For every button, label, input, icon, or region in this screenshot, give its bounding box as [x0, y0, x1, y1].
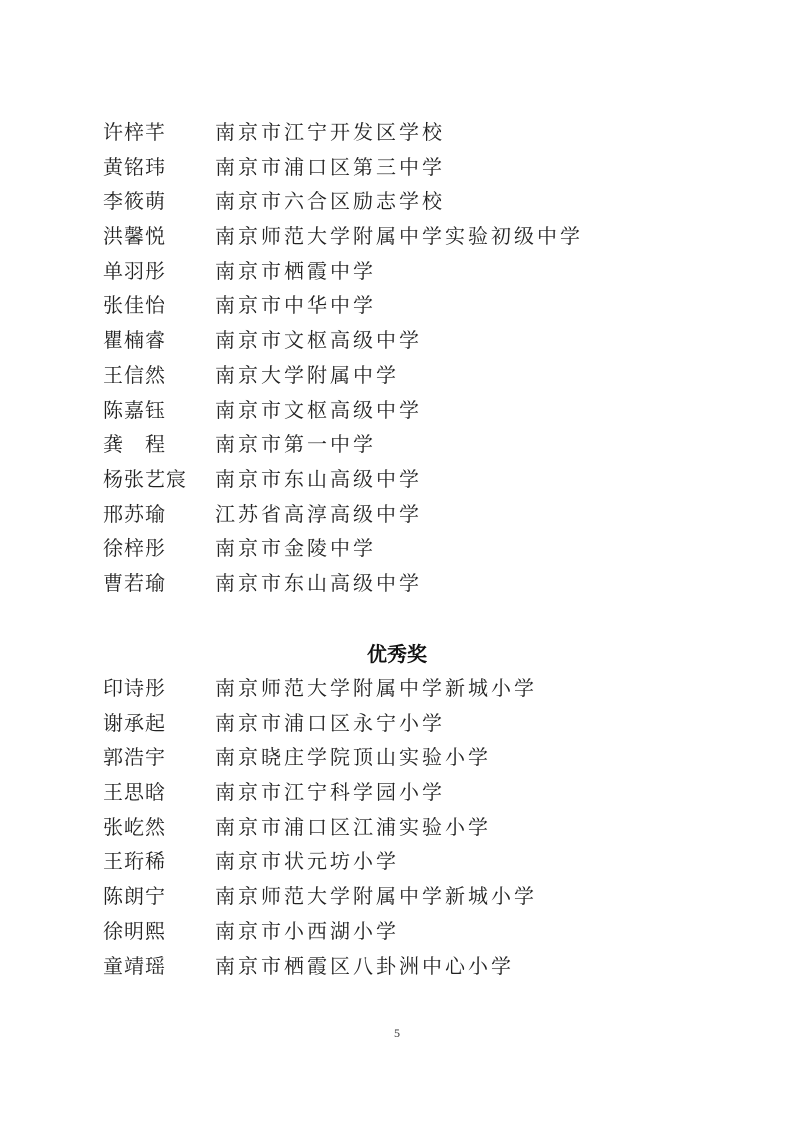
winner-name: 郭浩宇 — [103, 740, 215, 775]
page-number: 5 — [0, 1026, 794, 1041]
winner-name: 陈嘉钰 — [103, 393, 215, 428]
winner-school: 南京师范大学附属中学实验初级中学 — [215, 219, 583, 254]
list-item: 王思晗 南京市江宁科学园小学 — [103, 775, 703, 810]
document-page: 许梓芊 南京市江宁开发区学校 黄铭玮 南京市浦口区第三中学 李筱萌 南京市六合区… — [0, 0, 794, 1123]
list-item: 曹若瑜 南京市东山高级中学 — [103, 566, 703, 601]
winner-school: 南京市栖霞区八卦洲中心小学 — [215, 949, 514, 984]
winner-name: 单羽彤 — [103, 254, 215, 289]
winner-school: 南京市文枢高级中学 — [215, 323, 422, 358]
list-item: 黄铭玮 南京市浦口区第三中学 — [103, 150, 703, 185]
winner-name: 王思晗 — [103, 775, 215, 810]
winner-school: 南京市浦口区第三中学 — [215, 150, 445, 185]
winner-school: 南京市江宁科学园小学 — [215, 775, 445, 810]
winner-school: 南京市小西湖小学 — [215, 914, 399, 949]
winner-name: 许梓芊 — [103, 115, 215, 150]
winner-school: 南京师范大学附属中学新城小学 — [215, 671, 537, 706]
list-item: 童靖瑶 南京市栖霞区八卦洲中心小学 — [103, 949, 703, 984]
section-title-excellence-award: 优秀奖 — [0, 637, 794, 671]
winner-name: 陈朗宁 — [103, 879, 215, 914]
winner-school: 南京市文枢高级中学 — [215, 393, 422, 428]
winner-school: 南京市第一中学 — [215, 427, 376, 462]
winner-school: 南京市状元坊小学 — [215, 844, 399, 879]
winner-name: 邢苏瑜 — [103, 497, 215, 532]
winner-name: 龚 程 — [103, 427, 215, 462]
winner-name: 洪馨悦 — [103, 219, 215, 254]
winner-name: 张屹然 — [103, 810, 215, 845]
winner-school: 南京市六合区励志学校 — [215, 184, 445, 219]
winner-school: 南京市金陵中学 — [215, 531, 376, 566]
list-item: 王珩稀 南京市状元坊小学 — [103, 844, 703, 879]
winner-name: 徐明熙 — [103, 914, 215, 949]
winner-name: 李筱萌 — [103, 184, 215, 219]
list-item: 瞿楠睿 南京市文枢高级中学 — [103, 323, 703, 358]
list-item: 陈朗宁 南京师范大学附属中学新城小学 — [103, 879, 703, 914]
winner-name: 谢承起 — [103, 706, 215, 741]
winner-name: 童靖瑶 — [103, 949, 215, 984]
winner-school: 南京大学附属中学 — [215, 358, 399, 393]
award-list-continued: 许梓芊 南京市江宁开发区学校 黄铭玮 南京市浦口区第三中学 李筱萌 南京市六合区… — [103, 115, 703, 601]
list-item: 许梓芊 南京市江宁开发区学校 — [103, 115, 703, 150]
list-item: 龚 程 南京市第一中学 — [103, 427, 703, 462]
list-item: 陈嘉钰 南京市文枢高级中学 — [103, 393, 703, 428]
list-item: 徐明熙 南京市小西湖小学 — [103, 914, 703, 949]
winner-school: 南京市东山高级中学 — [215, 566, 422, 601]
winner-name: 瞿楠睿 — [103, 323, 215, 358]
winner-school: 南京市栖霞中学 — [215, 254, 376, 289]
list-item: 邢苏瑜 江苏省高淳高级中学 — [103, 497, 703, 532]
winner-name: 王信然 — [103, 358, 215, 393]
winner-name: 王珩稀 — [103, 844, 215, 879]
winner-name: 黄铭玮 — [103, 150, 215, 185]
list-item: 李筱萌 南京市六合区励志学校 — [103, 184, 703, 219]
list-item: 杨张艺宸 南京市东山高级中学 — [103, 462, 703, 497]
winner-school: 南京市江宁开发区学校 — [215, 115, 445, 150]
winner-name: 张佳怡 — [103, 288, 215, 323]
winner-name: 徐梓彤 — [103, 531, 215, 566]
winner-name: 曹若瑜 — [103, 566, 215, 601]
list-item: 张屹然 南京市浦口区江浦实验小学 — [103, 810, 703, 845]
winner-school: 南京市东山高级中学 — [215, 462, 422, 497]
list-item: 徐梓彤 南京市金陵中学 — [103, 531, 703, 566]
winner-name: 杨张艺宸 — [103, 462, 215, 497]
list-item: 单羽彤 南京市栖霞中学 — [103, 254, 703, 289]
winner-school: 南京师范大学附属中学新城小学 — [215, 879, 537, 914]
list-item: 王信然 南京大学附属中学 — [103, 358, 703, 393]
excellence-award-list: 印诗彤 南京师范大学附属中学新城小学 谢承起 南京市浦口区永宁小学 郭浩宇 南京… — [103, 671, 703, 983]
list-item: 张佳怡 南京市中华中学 — [103, 288, 703, 323]
list-item: 郭浩宇 南京晓庄学院顶山实验小学 — [103, 740, 703, 775]
winner-school: 南京市浦口区江浦实验小学 — [215, 810, 491, 845]
winner-school: 南京市浦口区永宁小学 — [215, 706, 445, 741]
winner-name: 印诗彤 — [103, 671, 215, 706]
winner-school: 江苏省高淳高级中学 — [215, 497, 422, 532]
list-item: 印诗彤 南京师范大学附属中学新城小学 — [103, 671, 703, 706]
list-item: 洪馨悦 南京师范大学附属中学实验初级中学 — [103, 219, 703, 254]
winner-school: 南京晓庄学院顶山实验小学 — [215, 740, 491, 775]
list-item: 谢承起 南京市浦口区永宁小学 — [103, 706, 703, 741]
winner-school: 南京市中华中学 — [215, 288, 376, 323]
